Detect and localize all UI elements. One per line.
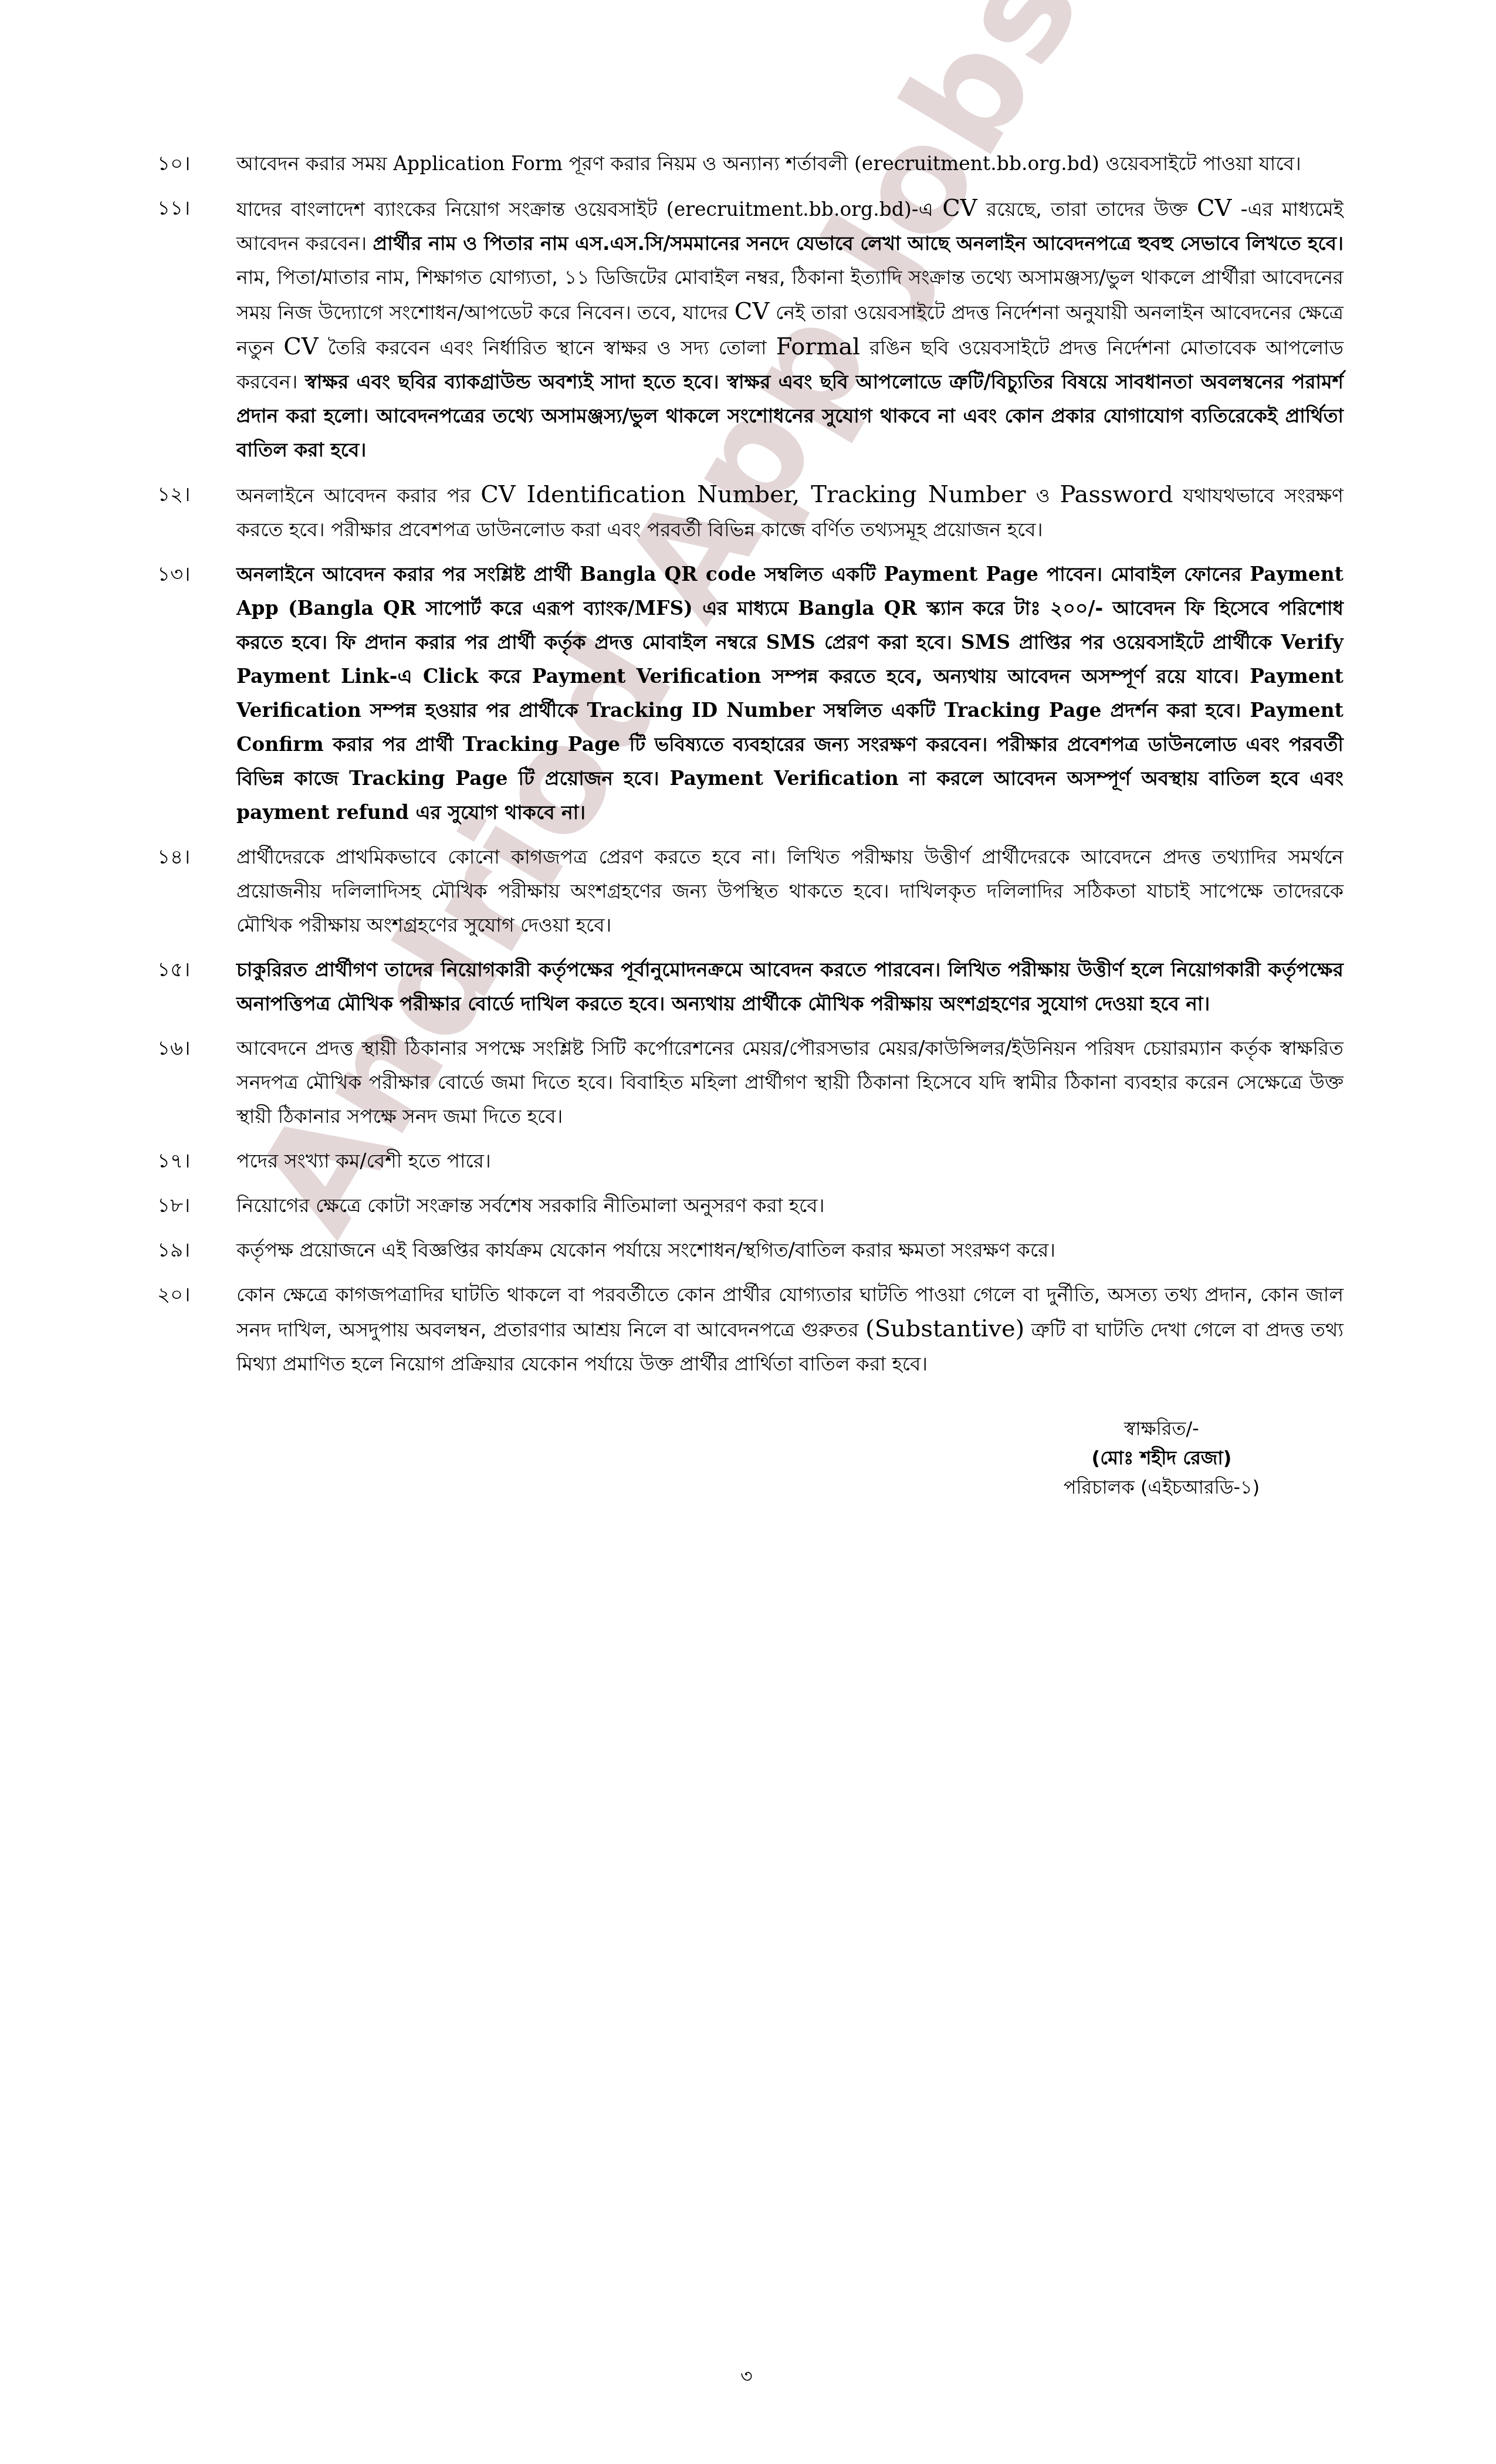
text-segment: করার পর প্রার্থী <box>324 733 463 756</box>
text-segment: -এ <box>912 198 942 221</box>
text-segment: প্রার্থীদেরকে প্রাথমিকভাবে কোনো কাগজপত্র… <box>236 845 1343 936</box>
english-term: CV <box>942 195 977 222</box>
text-segment: আবেদনে প্রদত্ত স্থায়ী ঠিকানার সপক্ষে সং… <box>236 1037 1343 1128</box>
clause-text: কোন ক্ষেত্রে কাগজপত্রাদির ঘাটতি থাকলে বা… <box>236 1278 1343 1381</box>
english-term: Tracking Page <box>349 767 508 790</box>
text-segment: অনলাইনে আবেদন করার পর <box>236 484 480 507</box>
english-term: (erecruitment.bb.org.bd) <box>854 152 1099 175</box>
text-segment: প্রার্থীর নাম ও পিতার নাম এস.এস.সি/সমমান… <box>373 232 1343 255</box>
english-term: (Substantive) <box>865 1315 1024 1342</box>
english-term: SMS <box>766 631 815 654</box>
text-segment: প্রেরণ করা হবে। <box>815 631 961 654</box>
text-segment: আবেদন করার সময় <box>236 152 393 175</box>
text-segment: কর্তৃপক্ষ প্রয়োজনে এই বিজ্ঞপ্তির কার্যক… <box>236 1238 1055 1261</box>
clause-number: ১৪। <box>157 840 236 874</box>
clause-number: ২০। <box>157 1278 236 1312</box>
english-term: Payment Verification <box>532 665 761 688</box>
english-term: CV Identification Number, Tracking Numbe… <box>480 481 1026 508</box>
signatory-name: (মোঃ শহীদ রেজা) <box>997 1443 1326 1473</box>
clause-number: ১৯। <box>157 1233 236 1267</box>
clause-number: ১১। <box>157 191 236 225</box>
numbered-clauses: ১০। আবেদন করার সময় Application Form পূর… <box>157 147 1343 1392</box>
english-term: Bangla QR code <box>580 563 756 585</box>
english-term: Payment Verification <box>669 767 898 790</box>
clause-number: ১০। <box>157 147 236 181</box>
clause-number: ১৭। <box>157 1144 236 1178</box>
text-segment: সাপোর্ট করে এরূপ ব্যাংক/ <box>416 597 634 620</box>
english-term: Tracking ID Number <box>587 699 815 722</box>
english-term: CV <box>283 333 319 360</box>
text-segment: ও <box>1026 484 1060 507</box>
text-segment: এর সুযোগ থাকবে না। <box>409 801 585 824</box>
clause-text: প্রার্থীদেরকে প্রাথমিকভাবে কোনো কাগজপত্র… <box>236 840 1343 942</box>
english-term: Bangla QR <box>798 597 917 620</box>
english-term: Formal <box>776 333 860 360</box>
text-segment: ওয়েবসাইটে পাওয়া যাবে। <box>1099 152 1301 175</box>
clause-12: ১২। অনলাইনে আবেদন করার পর CV Identificat… <box>157 478 1343 547</box>
clause-text: অনলাইনে আবেদন করার পর CV Identification … <box>236 478 1343 547</box>
clause-15: ১৫। চাকুরিরত প্রার্থীগণ তাদের নিয়োগকারী… <box>157 953 1343 1021</box>
signature-block: স্বাক্ষরিত/- (মোঃ শহীদ রেজা) পরিচালক (এই… <box>997 1414 1326 1502</box>
text-segment: পদের সংখ্যা কম/বেশী হতে পারে। <box>236 1149 491 1172</box>
english-term: Payment Page <box>884 563 1038 585</box>
english-term: MFS) <box>635 597 693 620</box>
clause-text: পদের সংখ্যা কম/বেশী হতে পারে। <box>236 1144 1343 1178</box>
english-term: SMS <box>961 631 1010 654</box>
english-term: Click <box>423 665 478 688</box>
english-term: Application Form <box>393 152 563 175</box>
clause-number: ১৬। <box>157 1031 236 1065</box>
text-segment: সম্বলিত একটি <box>756 563 884 585</box>
text-segment: স্বাক্ষর এবং ছবির ব্যাকগ্রাউন্ড অবশ্যই স… <box>236 370 1343 461</box>
clause-18: ১৮। নিয়োগের ক্ষেত্রে কোটা সংক্রান্ত সর্… <box>157 1189 1343 1223</box>
text-segment: সম্পন্ন করতে হবে, অন্যথায় আবেদন অসম্পূর… <box>761 665 1250 688</box>
clause-10: ১০। আবেদন করার সময় Application Form পূর… <box>157 147 1343 181</box>
english-term: (erecruitment.bb.org.bd) <box>666 198 912 221</box>
clause-text: কর্তৃপক্ষ প্রয়োজনে এই বিজ্ঞপ্তির কার্যক… <box>236 1233 1343 1267</box>
text-segment: পাবেন। মোবাইল ফোনের <box>1038 563 1250 585</box>
english-term: CV <box>1197 195 1232 222</box>
clause-11: ১১। যাদের বাংলাদেশ ব্যাংকের নিয়োগ সংক্র… <box>157 191 1343 467</box>
text-segment: রয়েছে, তারা তাদের উক্ত <box>977 198 1197 221</box>
clause-14: ১৪। প্রার্থীদেরকে প্রাথমিকভাবে কোনো কাগজ… <box>157 840 1343 942</box>
clause-number: ১৫। <box>157 953 236 987</box>
clause-text: অনলাইনে আবেদন করার পর সংশ্লিষ্ট প্রার্থী… <box>236 557 1343 830</box>
english-term: CV <box>735 298 770 325</box>
clause-number: ১২। <box>157 478 236 512</box>
text-segment: যাদের বাংলাদেশ ব্যাংকের নিয়োগ সংক্রান্ত… <box>236 198 666 221</box>
document-page: Andriod App Jobs Exam Alert ১০। আবেদন কর… <box>0 0 1496 2464</box>
clause-text: চাকুরিরত প্রার্থীগণ তাদের নিয়োগকারী কর্… <box>236 953 1343 1021</box>
text-segment: করে <box>478 665 532 688</box>
text-segment: -এ <box>390 665 423 688</box>
clause-text: নিয়োগের ক্ষেত্রে কোটা সংক্রান্ত সর্বশেষ… <box>236 1189 1343 1223</box>
text-segment: অনলাইনে আবেদন করার পর সংশ্লিষ্ট প্রার্থী <box>236 563 580 585</box>
clause-text: আবেদন করার সময় Application Form পূরণ কর… <box>236 147 1343 181</box>
clause-number: ১৮। <box>157 1189 236 1223</box>
signed-label: স্বাক্ষরিত/- <box>997 1414 1326 1443</box>
signatory-designation: পরিচালক (এইচআরডি-১) <box>997 1473 1326 1502</box>
page-number: ৩ <box>740 2361 753 2393</box>
text-segment: এর মাধ্যমে <box>693 597 798 620</box>
english-term: Tracking Page <box>463 733 621 756</box>
text-segment: তৈরি করবেন এবং নির্ধারিত স্থানে স্বাক্ষর… <box>319 336 776 359</box>
text-segment: সম্বলিত একটি <box>815 699 945 722</box>
clause-number: ১৩। <box>157 557 236 591</box>
text-segment: টি প্রয়োজন হবে। <box>508 767 670 790</box>
text-segment: প্রাপ্তির পর ওয়েবসাইটে প্রার্থীকে <box>1010 631 1281 654</box>
english-term: payment refund <box>236 801 409 824</box>
clause-20: ২০। কোন ক্ষেত্রে কাগজপত্রাদির ঘাটতি থাকল… <box>157 1278 1343 1381</box>
english-term: Tracking Page <box>945 699 1102 722</box>
text-segment: পূরণ করার নিয়ম ও অন্যান্য শর্তাবলী <box>563 152 854 175</box>
clause-13: ১৩। অনলাইনে আবেদন করার পর সংশ্লিষ্ট প্রা… <box>157 557 1343 830</box>
text-segment: প্রদর্শন করা হবে। <box>1101 699 1250 722</box>
clause-text: আবেদনে প্রদত্ত স্থায়ী ঠিকানার সপক্ষে সং… <box>236 1031 1343 1133</box>
text-segment: না করলে আবেদন অসম্পূর্ণ অবস্থায় বাতিল হ… <box>899 767 1343 790</box>
clause-19: ১৯। কর্তৃপক্ষ প্রয়োজনে এই বিজ্ঞপ্তির কা… <box>157 1233 1343 1267</box>
english-term: Password <box>1060 481 1173 508</box>
text-segment: নিয়োগের ক্ষেত্রে কোটা সংক্রান্ত সর্বশেষ… <box>236 1194 825 1217</box>
clause-text: যাদের বাংলাদেশ ব্যাংকের নিয়োগ সংক্রান্ত… <box>236 191 1343 467</box>
text-segment: সম্পন্ন হওয়ার পর প্রার্থীকে <box>361 699 587 722</box>
clause-16: ১৬। আবেদনে প্রদত্ত স্থায়ী ঠিকানার সপক্ষ… <box>157 1031 1343 1133</box>
text-segment: চাকুরিরত প্রার্থীগণ তাদের নিয়োগকারী কর্… <box>236 958 1343 1015</box>
clause-17: ১৭। পদের সংখ্যা কম/বেশী হতে পারে। <box>157 1144 1343 1178</box>
